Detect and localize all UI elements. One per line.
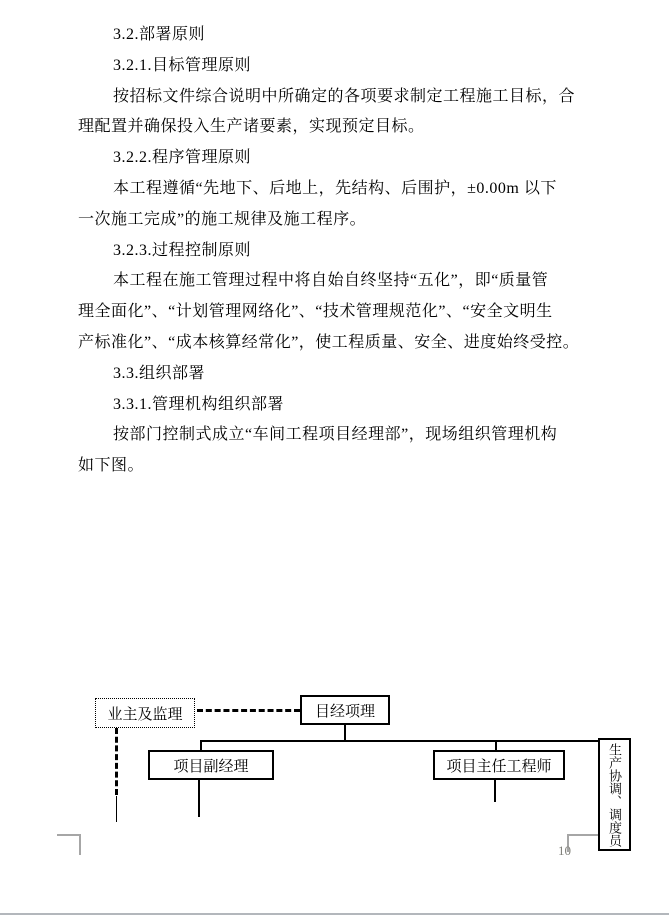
connector-deputy-drop (198, 780, 200, 817)
corner-mark-bottom-left-h (57, 834, 81, 836)
connector-thin-vertical (116, 796, 117, 822)
connector-dashed-vertical (115, 728, 118, 795)
page-number: 10 (558, 843, 571, 859)
corner-mark-bottom-right-h (567, 834, 598, 836)
connector-chief-drop (494, 780, 496, 802)
org-box-chief-engineer: 项目主任工程师 (433, 750, 565, 780)
corner-mark-bottom-left-v (79, 834, 81, 855)
connector-manager-drop (344, 725, 346, 741)
connector-horizontal-rail (200, 740, 598, 742)
org-box-deputy-manager: 项目副经理 (148, 750, 274, 780)
org-box-owner-supervisor: 业主及监理 (95, 698, 195, 728)
document-page: 3.2.部署原则 3.2.1.目标管理原则 按招标文件综合说明中所确定的各项要求… (0, 0, 669, 921)
org-chart: 业主及监理 目经项理 项目副经理 项目主任工程师 生产协调、调度员 (0, 0, 669, 921)
connector-deputy-stub (200, 740, 202, 750)
page-bottom-edge (0, 913, 669, 915)
connector-dashed-horizontal (197, 709, 300, 712)
connector-chief-stub (495, 740, 497, 750)
org-box-project-manager: 目经项理 (300, 695, 390, 725)
org-box-dispatcher: 生产协调、调度员 (598, 738, 631, 851)
